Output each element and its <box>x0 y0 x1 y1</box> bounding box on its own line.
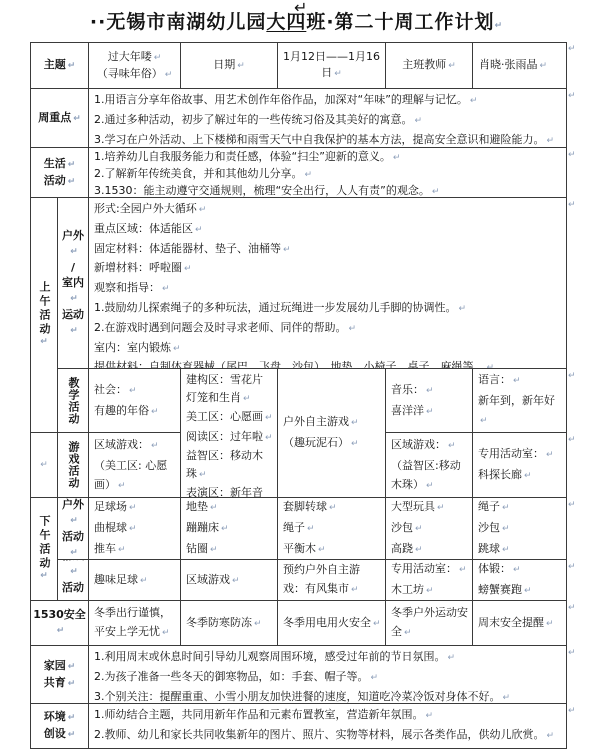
document-page: ↵ ··无锡市南湖幼儿园大四班·第二十周工作计划↵ 主题 过大年喽 （寻味年俗）… <box>0 0 593 753</box>
text-line: 足球场 <box>94 498 176 518</box>
teacher-value-cell: 肖晓·张雨晶 <box>473 43 567 89</box>
text-line: 预约户外自主游戏：有风集市 <box>283 560 381 600</box>
life-activity-label-cell: 生活 活动 <box>31 148 89 198</box>
teaching-music-cell: 音乐： 喜洋洋 <box>386 369 473 433</box>
text-line: 趣味足球 <box>94 570 176 591</box>
text-line: 地垫 <box>186 498 273 518</box>
afternoon-outdoor-label-cell: 户外 活动 <box>58 498 89 560</box>
games-fri-cell: 体锻： 螃蟹赛跑 <box>473 560 567 601</box>
theme-label-cell: 主题 <box>31 43 89 89</box>
text-line: 体锻： <box>478 560 562 580</box>
morning-games-label: 游戏活动 <box>65 441 81 489</box>
text-line: 2.在游戏时遇到问题会及时寻求老师、同伴的帮助。 <box>94 319 562 339</box>
text-line: 美工区：心愿画 <box>186 408 273 427</box>
text-line: 高跷 <box>391 539 468 560</box>
label-line: 户外 <box>58 498 88 529</box>
text-line: 社会： <box>94 380 176 401</box>
environment-label-cell: 环境 创设 <box>31 704 89 749</box>
teacher-label: 主班教师 <box>402 57 456 74</box>
outdoor-tue-cell: 地垫 蹦蹦床 钻圈 <box>181 498 278 560</box>
afternoon-games-label-cell: 游戏 活动 <box>58 560 89 601</box>
morning-teaching-label: 教学活动 <box>65 377 81 425</box>
text-line: 提供材料：自制体育器械（尾巴、飞盘、沙包）、地垫、小椅子、桌子、麻绳等。 <box>94 358 562 369</box>
home-coop-label-cell: 家园 共育 <box>31 646 89 704</box>
safety-fri-cell: 周末安全提醒 <box>473 601 567 646</box>
morning-label-cell: 上午活动 <box>31 198 58 433</box>
teaching-social-cell: 社会： 有趣的年俗 <box>89 369 181 433</box>
formatting-mark: ↵ <box>568 435 576 445</box>
theme-value-line: （寻味年俗） <box>97 66 173 83</box>
text-line: 户外自主游戏 <box>283 412 381 433</box>
formatting-mark: ↵ <box>568 371 576 381</box>
safety-mon-cell: 冬季出行谨慎，平安上学无忧 <box>89 601 181 646</box>
label-line: 活动 <box>44 173 76 190</box>
week-focus-label-cell: 周重点 <box>31 89 89 148</box>
formatting-mark: ↵ <box>40 460 48 470</box>
label-line: 共育 <box>44 675 76 692</box>
teacher-value: 肖晓·张雨晶 <box>479 57 547 74</box>
environment-content: 1.师幼结合主题，共同用新年作品和元素布置教室，营造新年氛围。 2.教师、幼儿和… <box>89 704 567 749</box>
formatting-mark: ↵ <box>568 150 576 160</box>
text-line: 专用活动室： <box>391 560 468 580</box>
label-line: 运动 <box>58 307 88 339</box>
text-line: 1.师幼结合主题，共同用新年作品和元素布置教室，营造新年氛围。 <box>94 706 562 726</box>
morning-games-label-cell: 游戏活动 <box>58 433 89 498</box>
text-line: 室内：室内锻炼 <box>94 339 562 359</box>
games-wed-cell: 预约户外自主游戏：有风集市 <box>278 560 386 601</box>
morning-sport-content: 形式:全园户外大循环 重点区域：体适能区 固定材料：体适能器材、垫子、油桶等 新… <box>89 198 567 369</box>
afternoon-label-cell: 下午活动 <box>31 498 58 601</box>
outdoor-fri-cell: 绳子 沙包 跳球 <box>473 498 567 560</box>
games-regional-cell: 区域游戏： （美工区: 心愿画） <box>89 433 181 498</box>
text-line: 1.用语言分享年俗故事、用艺术创作年俗作品，加深对“年味”的理解与记忆。 <box>94 91 562 111</box>
safety-wed-cell: 冬季用电用火安全 <box>278 601 386 646</box>
label-line: 活动 <box>58 580 88 601</box>
formatting-mark: ↵ <box>568 603 576 613</box>
text-line: 区域游戏 <box>186 570 273 591</box>
date-value-cell: 1月12日——1月16日 <box>278 43 386 89</box>
text-line: 表演区：新年音乐会 <box>186 484 273 498</box>
text-line: （益智区:移动木珠） <box>391 456 468 496</box>
formatting-mark: ↵ <box>568 200 576 210</box>
title-dots: ·· <box>90 11 106 33</box>
formatting-mark: ↵ <box>568 706 576 716</box>
label-line: 户外 <box>58 228 88 260</box>
text-line: 推车 <box>94 539 176 560</box>
afternoon-label: 下午活动 <box>36 515 52 584</box>
text-line: 绳子 <box>283 518 381 539</box>
label-line: 活动 <box>58 529 88 561</box>
text-line: 冬季防寒防冻 <box>186 613 273 634</box>
text-line: 3.个别关注：提醒重重、小雪小朋友加快进餐的速度，知道吃冷菜冷饭对身体不好。 <box>94 688 562 704</box>
text-line: 喜洋洋 <box>391 401 468 422</box>
text-line: （趣玩泥石） <box>283 433 381 454</box>
title-text-post: 班·第二十周工作计划 <box>306 11 494 33</box>
formatting-mark: ↵ <box>568 562 576 572</box>
games-regional2-cell: 区域游戏： （益智区:移动木珠） <box>386 433 473 498</box>
text-line: 阅读区：过年啦 <box>186 428 273 447</box>
title-class-underlined: 大四 <box>266 11 306 33</box>
teaching-language-cell: 语言： 新年到，新年好 <box>473 369 567 433</box>
text-line: 沙包 <box>391 518 468 539</box>
label-line: / <box>71 260 75 275</box>
text-line: 1.培养幼儿自我服务能力和责任感，体验“扫尘”迎新的意义。 <box>94 149 562 166</box>
games-tue-cell: 区域游戏 <box>181 560 278 601</box>
text-line: 绳子 <box>478 498 562 518</box>
text-line: 平衡木 <box>283 539 381 560</box>
text-line: 螃蟹赛跑 <box>478 580 562 601</box>
text-line: 周末安全提醒 <box>478 613 562 634</box>
text-line: 2.了解新年传统美食，并和其他幼儿分享。 <box>94 166 562 183</box>
text-line: 3.1530：能主动遵守交通规则，梳理“安全出行，人人有责”的观念。 <box>94 183 562 198</box>
text-line: 形式:全园户外大循环 <box>94 200 562 220</box>
outdoor-thu-cell: 大型玩具 沙包 高跷 <box>386 498 473 560</box>
games-thu-cell: 专用活动室： 木工坊 <box>386 560 473 601</box>
text-line: 建构区：雪花片灯笼和生肖 <box>186 371 273 408</box>
text-line: 语言： <box>478 370 562 391</box>
formatting-mark: ↵ <box>568 44 576 54</box>
games-special-room-cell: 专用活动室： 科探长廊 <box>473 433 567 498</box>
text-line: 重点区域：体适能区 <box>94 220 562 240</box>
label-line: 生活 <box>44 156 76 173</box>
week-focus-content: 1.用语言分享年俗故事、用艺术创作年俗作品，加深对“年味”的理解与记忆。 2.通… <box>89 89 567 148</box>
outdoor-wed-cell: 套脚转球 绳子 平衡木 <box>278 498 386 560</box>
corner-areas-cell: 建构区：雪花片灯笼和生肖 美工区：心愿画 阅读区：过年啦 益智区：移动木珠 表演… <box>181 369 278 498</box>
text-line: 2.教师、幼儿和家长共同收集新年的图片、照片、实物等材料，展示各类作品，供幼儿欣… <box>94 726 562 746</box>
text-line: 科探长廊 <box>478 465 562 486</box>
date-label: 日期 <box>213 57 245 74</box>
text-line: 大型玩具 <box>391 498 468 518</box>
formatting-mark: ↵ <box>568 648 576 658</box>
text-line: 木工坊 <box>391 580 468 601</box>
text-line: 固定材料：体适能器材、垫子、油桶等 <box>94 240 562 260</box>
text-line: 区域游戏： <box>391 435 468 456</box>
text-line: 钻圈 <box>186 539 273 560</box>
teacher-label-cell: 主班教师 <box>386 43 473 89</box>
text-line: 1.利用周末或休息时间引导幼儿观察周围环境，感受过年前的节日氛围。 <box>94 648 562 668</box>
text-line: 2.为孩子准备一些冬天的御寒物品，如：手套、帽子等。 <box>94 668 562 688</box>
text-line: 益智区：移动木珠 <box>186 447 273 484</box>
label-line: 室内 <box>58 275 88 307</box>
formatting-mark: ↵ <box>568 91 576 101</box>
text-line: 专用活动室： <box>478 444 562 465</box>
text-line: 2.通过多种活动，初步了解过年的一些传统习俗及其美好的寓意。 <box>94 111 562 131</box>
text-line: 3.学习在户外活动、上下楼梯和雨雪天气中自我保护的基本方法，提高安全意识和避险能… <box>94 131 562 148</box>
text-line: 套脚转球 <box>283 498 381 518</box>
formatting-mark: ↵ <box>568 500 576 510</box>
theme-label: 主题 <box>44 57 76 74</box>
date-label-cell: 日期 <box>181 43 278 89</box>
title-text-pre: 无锡市南湖幼儿园 <box>106 11 266 33</box>
text-line: 冬季出行谨慎，平安上学无忧 <box>94 603 176 643</box>
life-activity-content: 1.培养幼儿自我服务能力和责任感，体验“扫尘”迎新的意义。 2.了解新年传统美食… <box>89 148 567 198</box>
home-coop-content: 1.利用周末或休息时间引导幼儿观察周围环境，感受过年前的节日氛围。 2.为孩子准… <box>89 646 567 704</box>
label-line: 游戏 <box>58 560 88 580</box>
label-line: 创设 <box>44 726 76 743</box>
outdoor-mon-cell: 足球场 曲棍球 推车 <box>89 498 181 560</box>
safety-tue-cell: 冬季防寒防冻 <box>181 601 278 646</box>
text-line: 冬季用电用火安全 <box>283 613 381 634</box>
empty-cell: ↵ <box>31 433 58 498</box>
theme-value-cell: 过大年喽 （寻味年俗） <box>89 43 181 89</box>
page-title: ··无锡市南湖幼儿园大四班·第二十周工作计划↵ <box>0 7 593 34</box>
morning-teaching-label-cell: 教学活动 <box>58 369 89 433</box>
text-line: 新年到，新年好 <box>478 391 562 431</box>
text-line: 观察和指导： <box>94 279 562 299</box>
theme-value-line: 过大年喽 <box>108 49 162 66</box>
text-line: （美工区: 心愿画） <box>94 456 176 496</box>
safety-thu-cell: 冬季户外运动安全 <box>386 601 473 646</box>
text-line: 区域游戏： <box>94 435 176 456</box>
outdoor-free-play-cell: 户外自主游戏 （趣玩泥石） <box>278 369 386 498</box>
formatting-mark: ↵ <box>495 21 504 31</box>
text-line: 音乐： <box>391 380 468 401</box>
weekly-plan-table: 主题 过大年喽 （寻味年俗） 日期 1月12日——1月16日 主班教师 肖晓·张… <box>30 42 567 749</box>
text-line: 沙包 <box>478 518 562 539</box>
text-line: 1.鼓励幼儿探索绳子的多种玩法，通过玩绳进一步发展幼儿手脚的协调性。 <box>94 299 562 319</box>
week-focus-label: 周重点 <box>38 110 81 127</box>
games-mon-cell: 趣味足球 <box>89 560 181 601</box>
morning-label: 上午活动 <box>36 281 52 350</box>
text-line: 新增材料：呼啦圈 <box>94 259 562 279</box>
text-line: 冬季户外运动安全 <box>391 603 468 643</box>
text-line: 蹦蹦床 <box>186 518 273 539</box>
date-value: 1月12日——1月16日 <box>278 49 385 82</box>
safety-label: 1530安全 <box>31 607 88 639</box>
text-line: 跳球 <box>478 539 562 560</box>
label-line: 家园 <box>44 658 76 675</box>
label-line: 环境 <box>44 709 76 726</box>
text-line: 有趣的年俗 <box>94 401 176 422</box>
text-line: 曲棍球 <box>94 518 176 539</box>
morning-sport-label-cell: 户外 / 室内 运动 <box>58 198 89 369</box>
safety-label-cell: 1530安全 <box>31 601 89 646</box>
